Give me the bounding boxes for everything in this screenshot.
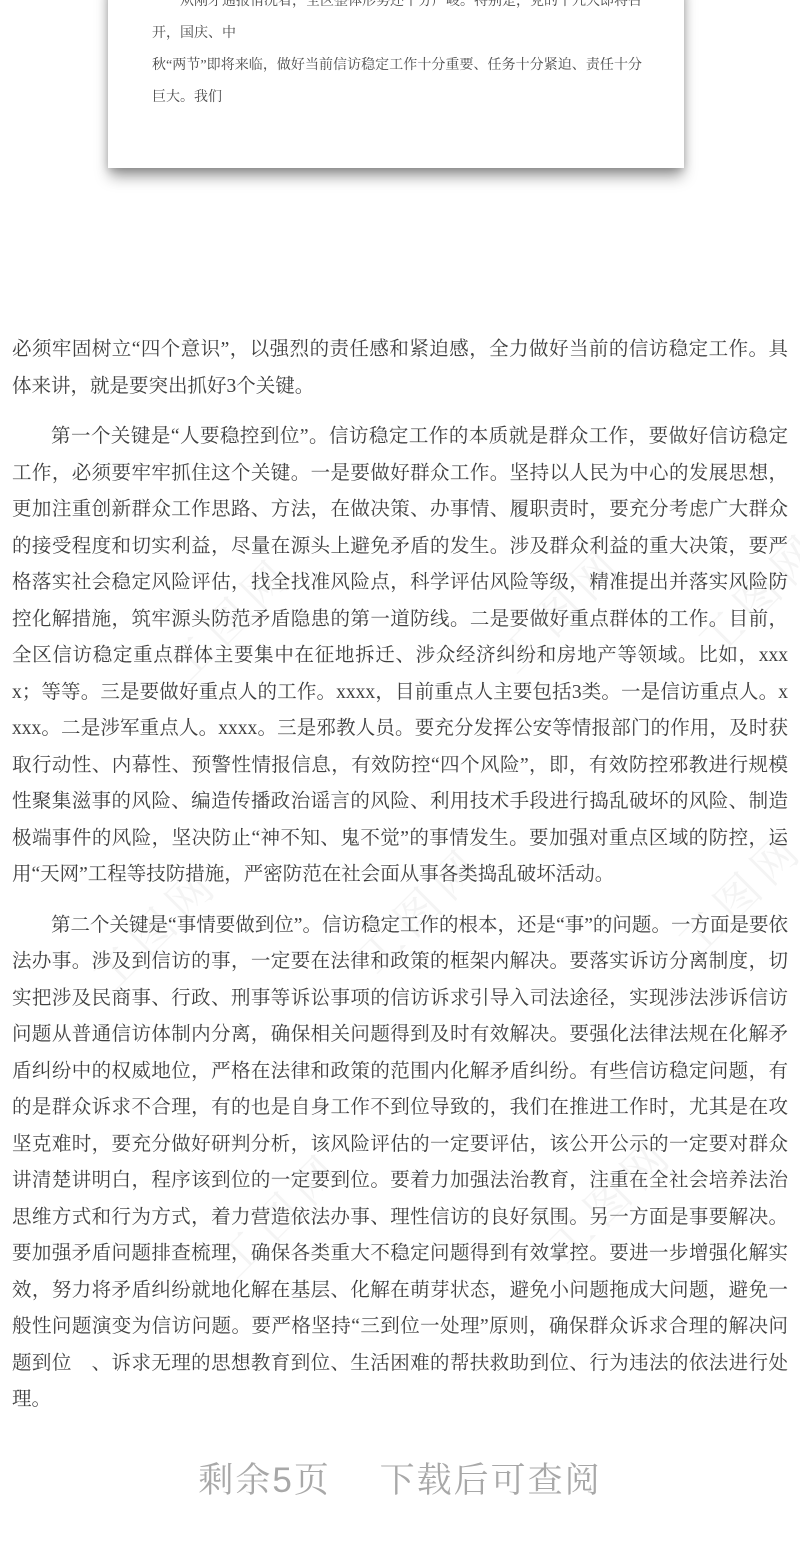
doc-paragraph: 必须牢固树立“四个意识”，以强烈的责任感和紧迫感，全力做好当前的信访稳定工作。具… [12,332,788,405]
document-body: 必须牢固树立“四个意识”，以强烈的责任感和紧迫感，全力做好当前的信访稳定工作。具… [12,332,788,1433]
document-page-preview: 从刚才通报情况看，全区整体形势还十分严峻。特别是，党的十九大即将召开，国庆、中 … [108,0,684,168]
preview-line-1: 从刚才通报情况看，全区整体形势还十分严峻。特别是，党的十九大即将召开，国庆、中 [152,0,642,50]
doc-paragraph: 第一个关键是“人要稳控到位”。信访稳定工作的本质就是群众工作，要做好信访稳定工作… [12,419,788,894]
remaining-pages-notice[interactable]: 剩余5页 下载后可查阅 [0,1453,800,1503]
doc-paragraph: 第二个关键是“事情要做到位”。信访稳定工作的根本，还是“事”的问题。一方面是要依… [12,908,788,1419]
document-preview-page: { "preview_page": { "line1": "从刚才通报情况看，全… [0,0,800,1561]
document-page-preview-text: 从刚才通报情况看，全区整体形势还十分严峻。特别是，党的十九大即将召开，国庆、中 … [108,0,684,114]
preview-line-2: 秋“两节”即将来临，做好当前信访稳定工作十分重要、任务十分紧迫、责任十分巨大。我… [152,50,642,114]
